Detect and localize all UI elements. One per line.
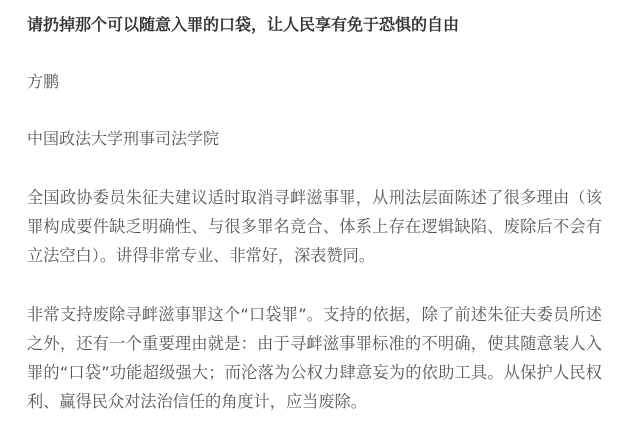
article-title: 请扔掉那个可以随意入罪的口袋，让人民享有免于恐惧的自由 [27,14,459,36]
author-affiliation: 中国政法大学刑事司法学院 [27,128,219,150]
article-author: 方鹏 [27,71,59,93]
article-paragraph: 非常支持废除寻衅滋事罪这个“口袋罪”。支持的依据，除了前述朱征夫委员所述之外，还… [27,300,602,416]
article-paragraph: 全国政协委员朱征夫建议适时取消寻衅滋事罪，从刑法层面陈述了很多理由（该罪构成要件… [27,183,602,270]
